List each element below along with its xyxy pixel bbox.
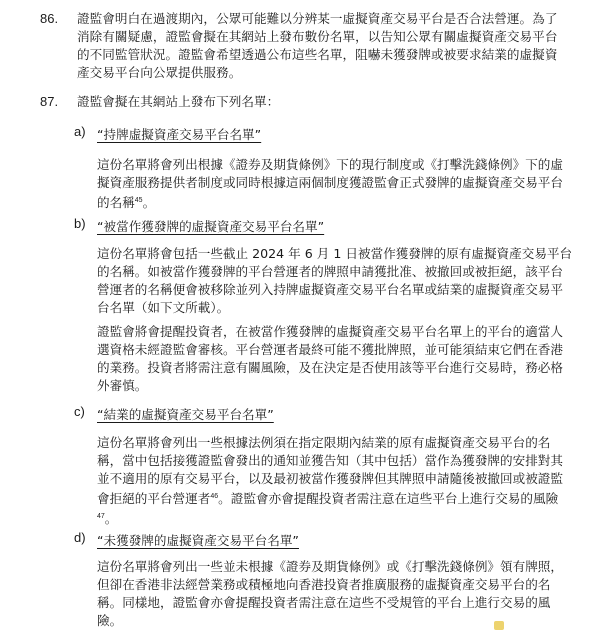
text-line: 的業務。投資者將需注意有關風險，及在決定是否使用該等平台進行交易時，務必格 xyxy=(97,359,583,377)
list-item-d-body: 這份名單將會列出一些並未根據《證券及期貨條例》或《打擊洗錢條例》領有牌照， 但卻… xyxy=(97,558,583,630)
watermark-icon xyxy=(494,621,504,630)
text-line: 產交易平台向公眾提供服務。 xyxy=(77,64,582,82)
paragraph-text: 證監會擬在其網站上發布下列名單： xyxy=(77,93,582,111)
text-line: 的名稱。如被當作獲發牌的平台營運者的牌照申請獲批准、被撤回或被拒絕，該平台 xyxy=(97,263,583,281)
text-line: 但卻在香港非法經營業務或積極地向香港投資者推廣服務的虛擬資產交易平台的名 xyxy=(97,576,583,594)
text-line: 擬資產服務提供者制度或同時根據這兩個制度獲證監會正式發牌的虛擬資產交易平台 xyxy=(97,174,583,192)
text-line: 稱。同樣地，證監會亦會提醒投資者需注意在這些不受規管的平台上進行交易的風 xyxy=(97,594,583,612)
text-line: 選資格未經證監會審核。平台營運者最終可能不獲批牌照，並可能須結束它們在香港 xyxy=(97,341,583,359)
paragraph-number: 86. xyxy=(40,11,58,26)
text-line: 的名稱45。 xyxy=(97,192,583,212)
list-item-b-body-1: 這份名單將會包括一些截止 2024 年 6 月 1 日被當作獲發牌的原有虛擬資產… xyxy=(97,245,583,317)
paragraph-text: 證監會明白在過渡期內，公眾可能難以分辨某一虛擬資產交易平台是否合法營運。為了 消… xyxy=(77,10,582,82)
text-line: 消除有關疑慮，證監會擬在其網站上發布數份名單，以告知公眾有關虛擬資產交易平台 xyxy=(77,28,582,46)
footnote-ref[interactable]: 45 xyxy=(135,197,143,204)
item-letter: c) xyxy=(74,404,85,419)
text-line: 會拒絕的平台營運者46。證監會亦會提醒投資者需注意在這些平台上進行交易的風險 xyxy=(97,488,583,508)
text-line: 這份名單將會列出根據《證券及期貨條例》下的現行制度或《打擊洗錢條例》下的虛 xyxy=(97,156,583,174)
text-line: 的不同監管狀況。證監會希望透過公布這些名單，阻嚇未獲發牌或被要求結業的虛擬資 xyxy=(77,46,582,64)
footnote-ref[interactable]: 46 xyxy=(210,493,218,500)
text-line: 47。 xyxy=(97,508,583,528)
list-item-c-body: 這份名單將會列出一些根據法例須在指定限期內結業的原有虛擬資產交易平台的名 稱，當… xyxy=(97,434,583,528)
item-title: “結業的虛擬資產交易平台名單” xyxy=(97,404,274,423)
item-letter: d) xyxy=(74,530,86,545)
text-line: 證監會明白在過渡期內，公眾可能難以分辨某一虛擬資產交易平台是否合法營運。為了 xyxy=(77,10,582,28)
text-line: 這份名單將會包括一些截止 2024 年 6 月 1 日被當作獲發牌的原有虛擬資產… xyxy=(97,245,583,263)
text-line: 證監會擬在其網站上發布下列名單： xyxy=(77,93,582,111)
text-fragment: 。 xyxy=(105,511,118,526)
item-title: “持牌虛擬資產交易平台名單” xyxy=(97,124,261,143)
text-line: 營運者的名稱便會被移除並列入持牌虛擬資產交易平台名單或結業的虛擬資產交易平 xyxy=(97,281,583,299)
text-line: 這份名單將會列出一些根據法例須在指定限期內結業的原有虛擬資產交易平台的名 xyxy=(97,434,583,452)
text-fragment: 。證監會亦會提醒投資者需注意在這些平台上進行交易的風險 xyxy=(218,491,558,506)
text-line: 險。 xyxy=(97,612,583,630)
text-line: 這份名單將會列出一些並未根據《證券及期貨條例》或《打擊洗錢條例》領有牌照， xyxy=(97,558,583,576)
text-line: 證監會將會提醒投資者，在被當作獲發牌的虛擬資產交易平台名單上的平台的適當人 xyxy=(97,323,583,341)
text-line: 外審慎。 xyxy=(97,377,583,395)
text-fragment: 會拒絕的平台營運者 xyxy=(97,491,210,506)
item-title: “未獲發牌的虛擬資產交易平台名單” xyxy=(97,530,299,549)
item-letter: a) xyxy=(74,124,86,139)
list-item-a-body: 這份名單將會列出根據《證券及期貨條例》下的現行制度或《打擊洗錢條例》下的虛 擬資… xyxy=(97,156,583,212)
text-line: 並不適用的原有交易平台，以及最初被當作獲發牌但其牌照申請隨後被撤回或被證監 xyxy=(97,470,583,488)
paragraph-number: 87. xyxy=(40,94,58,109)
item-title: “被當作獲發牌的虛擬資產交易平台名單” xyxy=(97,216,324,235)
item-letter: b) xyxy=(74,216,86,231)
list-item-b-body-2: 證監會將會提醒投資者，在被當作獲發牌的虛擬資產交易平台名單上的平台的適當人 選資… xyxy=(97,323,583,395)
text-line: 台名單（如下文所載）。 xyxy=(97,299,583,317)
text-fragment: 的名稱 xyxy=(97,195,135,210)
footnote-ref[interactable]: 47 xyxy=(97,513,105,520)
text-line: 稱，當中包括接獲證監會發出的通知並獲告知（其中包括）當作為獲發牌的安排對其 xyxy=(97,452,583,470)
text-fragment: 。 xyxy=(143,195,156,210)
